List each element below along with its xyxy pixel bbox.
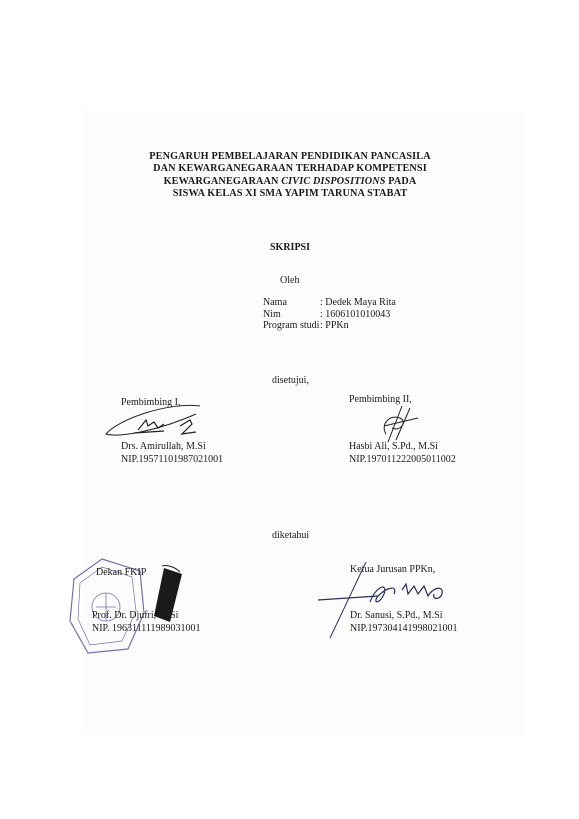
- student-info: Nama : Dedek Maya Rita Nim : 16061010100…: [263, 297, 396, 332]
- thesis-title: PENGARUH PEMBELAJARAN PENDIDIKAN PANCASI…: [130, 151, 450, 200]
- dean-nip: NIP. 196311111989031001: [92, 622, 201, 635]
- info-label: Program studi: [263, 320, 320, 332]
- advisor1-nip: NIP.19571101987021001: [121, 453, 223, 466]
- info-row-program: Program studi : PPKn: [263, 320, 396, 332]
- advisor1-signature-icon: [100, 400, 210, 440]
- title-italic-text: CIVIC DISPOSITIONS: [281, 176, 385, 187]
- title-line-4: SISWA KELAS XI SMA YAPIM TARUNA STABAT: [130, 188, 450, 200]
- dean-role: Dekan FKIP: [96, 566, 146, 579]
- title-line-1: PENGARUH PEMBELAJARAN PENDIDIKAN PANCASI…: [130, 151, 450, 163]
- advisor2-nip: NIP.197011222005011002: [349, 453, 456, 466]
- head-nip: NIP.197304141998021001: [350, 622, 458, 635]
- info-label: Nim: [263, 309, 320, 321]
- info-row-name: Nama : Dedek Maya Rita: [263, 297, 396, 309]
- info-value: : Dedek Maya Rita: [320, 297, 396, 309]
- info-value: : PPKn: [320, 320, 349, 332]
- doc-type: SKRIPSI: [270, 242, 310, 253]
- title-text: KEWARGANEGARAAN: [164, 176, 279, 187]
- title-text: PADA: [388, 176, 416, 187]
- advisor2-signature-icon: [380, 404, 420, 444]
- title-line-2: DAN KEWARGANEGARAAN TERHADAP KOMPETENSI: [130, 163, 450, 175]
- advisor2-name: Hasbi Ali, S.Pd., M.Si: [349, 440, 438, 453]
- title-line-3: KEWARGANEGARAAN CIVIC DISPOSITIONS PADA: [130, 176, 450, 188]
- info-label: Nama: [263, 297, 320, 309]
- advisor1-name: Drs. Amirullah, M.Si: [121, 440, 206, 453]
- acknowledged-label: diketahui: [272, 529, 309, 542]
- by-label: Oleh: [280, 275, 299, 286]
- head-name: Dr. Sanusi, S.Pd., M.Si: [350, 609, 443, 622]
- info-row-nim: Nim : 1606101010043: [263, 309, 396, 321]
- dean-name: Prof. Dr. Djufri, M.Si: [92, 609, 178, 622]
- approved-label: disetujui,: [272, 374, 309, 387]
- info-value: : 1606101010043: [320, 309, 390, 321]
